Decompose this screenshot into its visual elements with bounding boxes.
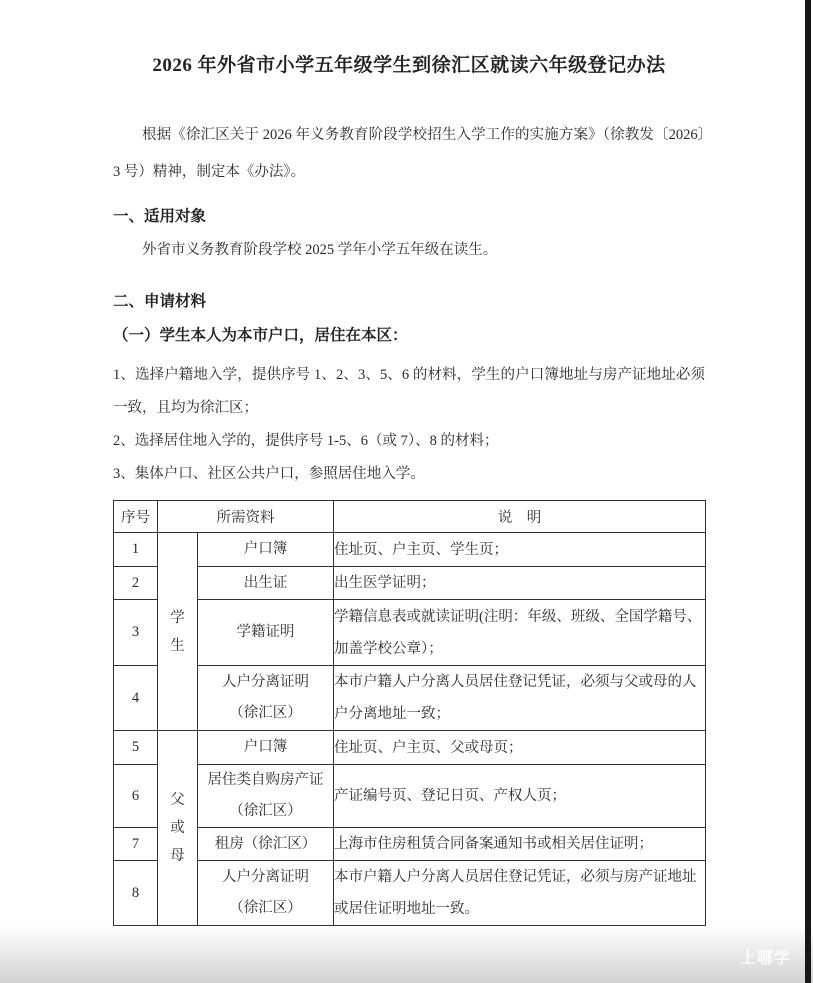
row-no-cell: 3 — [114, 600, 158, 666]
group-char: 学 — [158, 604, 197, 632]
intro-paragraph: 根据《徐汇区关于 2026 年义务教育阶段学校招生入学工作的实施方案》（徐教发〔… — [113, 117, 705, 191]
right-edge-bar — [805, 0, 811, 983]
section2-subheading: （一）学生本人为本市户口，居住在本区： — [113, 325, 705, 347]
watermark-text: 上哪学 — [740, 945, 791, 968]
section1-body: 外省市义务教育阶段学校 2025 学年小学五年级在读生。 — [113, 239, 705, 261]
row-no-cell: 7 — [114, 828, 158, 861]
material-line: 居住类自购房产证 — [198, 765, 333, 796]
requirement-item-3: 3、集体户口、社区公共户口，参照居住地入学。 — [113, 458, 705, 491]
table-row: 2 出生证 出生医学证明； — [114, 567, 706, 600]
row-no-cell: 5 — [114, 731, 158, 765]
group-cell-parent: 父 或 母 — [158, 731, 198, 926]
table-row: 5 父 或 母 户口簿 住址页、户主页、父或母页； — [114, 731, 706, 765]
material-cell: 户口簿 — [198, 533, 334, 567]
material-line: 人户分离证明 — [198, 667, 333, 698]
material-cell: 居住类自购房产证 （徐汇区） — [198, 765, 334, 828]
desc-cell: 学籍信息表或就读证明(注明：年级、班级、全国学籍号、加盖学校公章）； — [334, 600, 706, 666]
desc-cell: 出生医学证明； — [334, 567, 706, 600]
material-line: （徐汇区） — [198, 893, 333, 924]
material-line: 租房（徐汇区） — [198, 829, 333, 860]
group-cell-student: 学 生 — [158, 533, 198, 731]
material-line: （徐汇区） — [198, 796, 333, 827]
material-line: 人户分离证明 — [198, 862, 333, 893]
document-page: 2026 年外省市小学五年级学生到徐汇区就读六年级登记办法 根据《徐汇区关于 2… — [113, 0, 705, 926]
materials-table: 序号 所需资料 说 明 1 学 生 户口簿 住址页、户主页、学生页； 2 出生证… — [113, 500, 706, 926]
material-cell: 学籍证明 — [198, 600, 334, 666]
group-char: 或 — [158, 814, 197, 842]
desc-cell: 住址页、户主页、父或母页； — [334, 731, 706, 765]
row-no-cell: 2 — [114, 567, 158, 600]
desc-cell: 本市户籍人户分离人员居住登记凭证，必须与房产证地址或居住证明地址一致。 — [334, 861, 706, 926]
desc-cell: 住址页、户主页、学生页； — [334, 533, 706, 567]
group-char: 生 — [158, 632, 197, 660]
material-cell: 人户分离证明 （徐汇区） — [198, 861, 334, 926]
table-row: 3 学籍证明 学籍信息表或就读证明(注明：年级、班级、全国学籍号、加盖学校公章）… — [114, 600, 706, 666]
table-row: 1 学 生 户口簿 住址页、户主页、学生页； — [114, 533, 706, 567]
requirement-item-2: 2、选择居住地入学的，提供序号 1-5、6（或 7）、8 的材料； — [113, 425, 705, 458]
material-cell: 出生证 — [198, 567, 334, 600]
header-material: 所需资料 — [158, 501, 334, 533]
material-cell: 户口簿 — [198, 731, 334, 765]
group-char: 父 — [158, 786, 197, 814]
material-line: 户口簿 — [198, 732, 333, 763]
row-no-cell: 8 — [114, 861, 158, 926]
requirement-items: 1、选择户籍地入学，提供序号 1、2、3、5、6 的材料，学生的户口簿地址与房产… — [113, 359, 705, 491]
header-desc: 说 明 — [334, 501, 706, 533]
row-no-cell: 6 — [114, 765, 158, 828]
material-line: 出生证 — [198, 568, 333, 599]
desc-cell: 本市户籍人户分离人员居住登记凭证，必须与父或母的人户分离地址一致； — [334, 666, 706, 731]
table-row: 7 租房（徐汇区） 上海市住房租赁合同备案通知书或相关居住证明； — [114, 828, 706, 861]
group-char: 母 — [158, 842, 197, 870]
desc-cell: 上海市住房租赁合同备案通知书或相关居住证明； — [334, 828, 706, 861]
header-no: 序号 — [114, 501, 158, 533]
table-header-row: 序号 所需资料 说 明 — [114, 501, 706, 533]
desc-cell: 产证编号页、登记日页、产权人页； — [334, 765, 706, 828]
table-row: 6 居住类自购房产证 （徐汇区） 产证编号页、登记日页、产权人页； — [114, 765, 706, 828]
requirement-item-1: 1、选择户籍地入学，提供序号 1、2、3、5、6 的材料，学生的户口簿地址与房产… — [113, 359, 705, 425]
table-row: 4 人户分离证明 （徐汇区） 本市户籍人户分离人员居住登记凭证，必须与父或母的人… — [114, 666, 706, 731]
material-cell: 租房（徐汇区） — [198, 828, 334, 861]
table-row: 8 人户分离证明 （徐汇区） 本市户籍人户分离人员居住登记凭证，必须与房产证地址… — [114, 861, 706, 926]
document-title: 2026 年外省市小学五年级学生到徐汇区就读六年级登记办法 — [113, 53, 705, 79]
material-line: 户口簿 — [198, 534, 333, 565]
section1-heading: 一、适用对象 — [113, 206, 705, 228]
row-no-cell: 4 — [114, 666, 158, 731]
row-no-cell: 1 — [114, 533, 158, 567]
bottom-shadow-gradient — [0, 925, 813, 983]
material-line: 学籍证明 — [198, 617, 333, 648]
section2-heading: 二、申请材料 — [113, 291, 705, 313]
material-line: （徐汇区） — [198, 698, 333, 729]
material-cell: 人户分离证明 （徐汇区） — [198, 666, 334, 731]
